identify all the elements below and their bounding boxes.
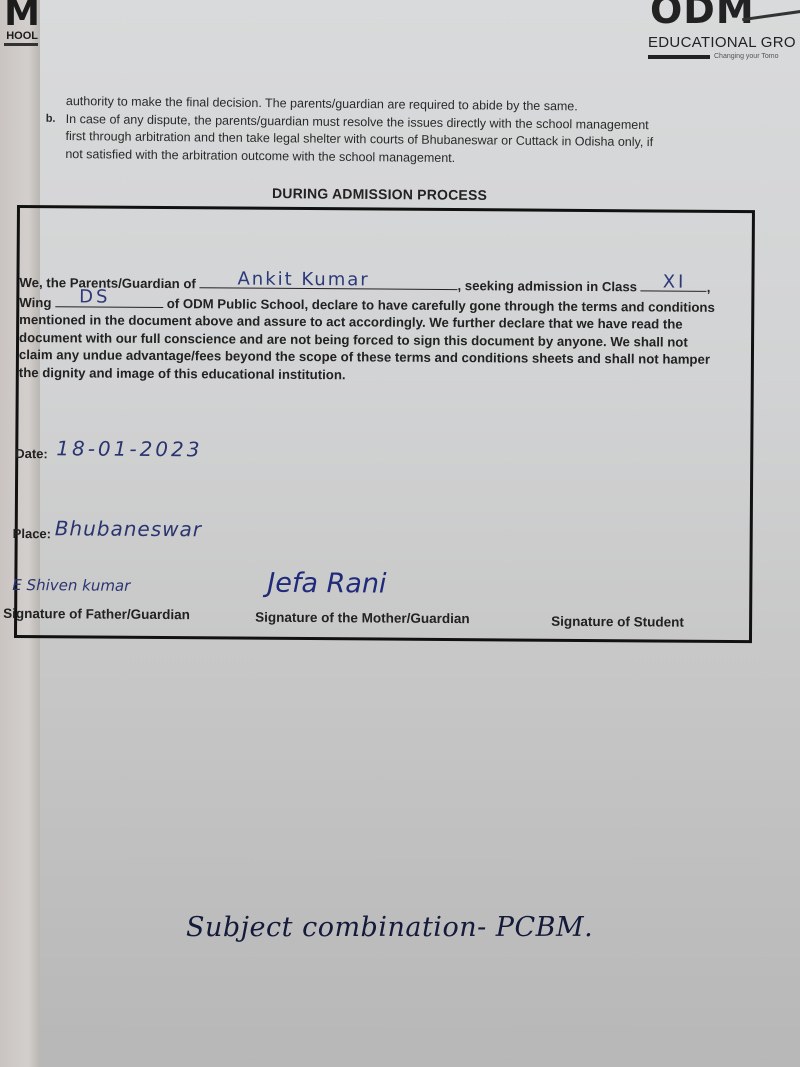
decl-text: the dignity and image of this educationa… [19,364,753,387]
father-signature-label: Signature of Father/Guardian [3,606,190,622]
section-title: DURING ADMISSION PROCESS [272,185,487,203]
wing-field[interactable]: DS [55,292,163,308]
place-value[interactable]: Bhubaneswar [55,516,202,541]
list-marker: b. [46,110,56,128]
date-label: Date: [15,446,48,461]
brand-name: ODM [650,0,755,32]
student-name-field[interactable]: Ankit Kumar [199,273,457,290]
school-logo-fragment: M HOOL [0,0,38,46]
class-value: XI [663,273,687,291]
father-signature[interactable]: E Shiven kumar [12,576,130,595]
decl-text: , [707,280,711,295]
place-label: Place: [13,526,51,541]
mother-signature[interactable]: Jefa Rani [267,568,386,600]
class-field[interactable]: XI [641,276,707,291]
declaration-text: We, the Parents/Guardian of Ankit Kumar … [19,272,754,386]
terms-text: authority to make the final decision. Th… [65,93,766,170]
brand-rule [648,55,710,59]
logo-letter: M [0,0,38,28]
wing-value: DS [79,288,110,306]
logo-text: HOOL [0,30,38,42]
decl-text: Wing [19,295,51,310]
student-signature-label: Signature of Student [551,614,684,630]
declaration-box: We, the Parents/Guardian of Ankit Kumar … [14,205,755,643]
brand-tagline: Changing your Tomo [714,53,778,60]
odm-brand-logo: ODM EDUCATIONAL GRO Changing your Tomo [642,0,800,68]
handwritten-note: Subject combination- PCBM. [186,912,593,943]
decl-text: , seeking admission in Class [457,278,637,294]
logo-bar [4,43,38,46]
date-value[interactable]: 18-01-2023 [56,436,202,461]
decl-text: of ODM Public School, declare to have ca… [167,296,715,315]
mother-signature-label: Signature of the Mother/Guardian [255,610,470,626]
student-name-value: Ankit Kumar [237,270,369,288]
brand-subtitle: EDUCATIONAL GRO [648,34,796,51]
